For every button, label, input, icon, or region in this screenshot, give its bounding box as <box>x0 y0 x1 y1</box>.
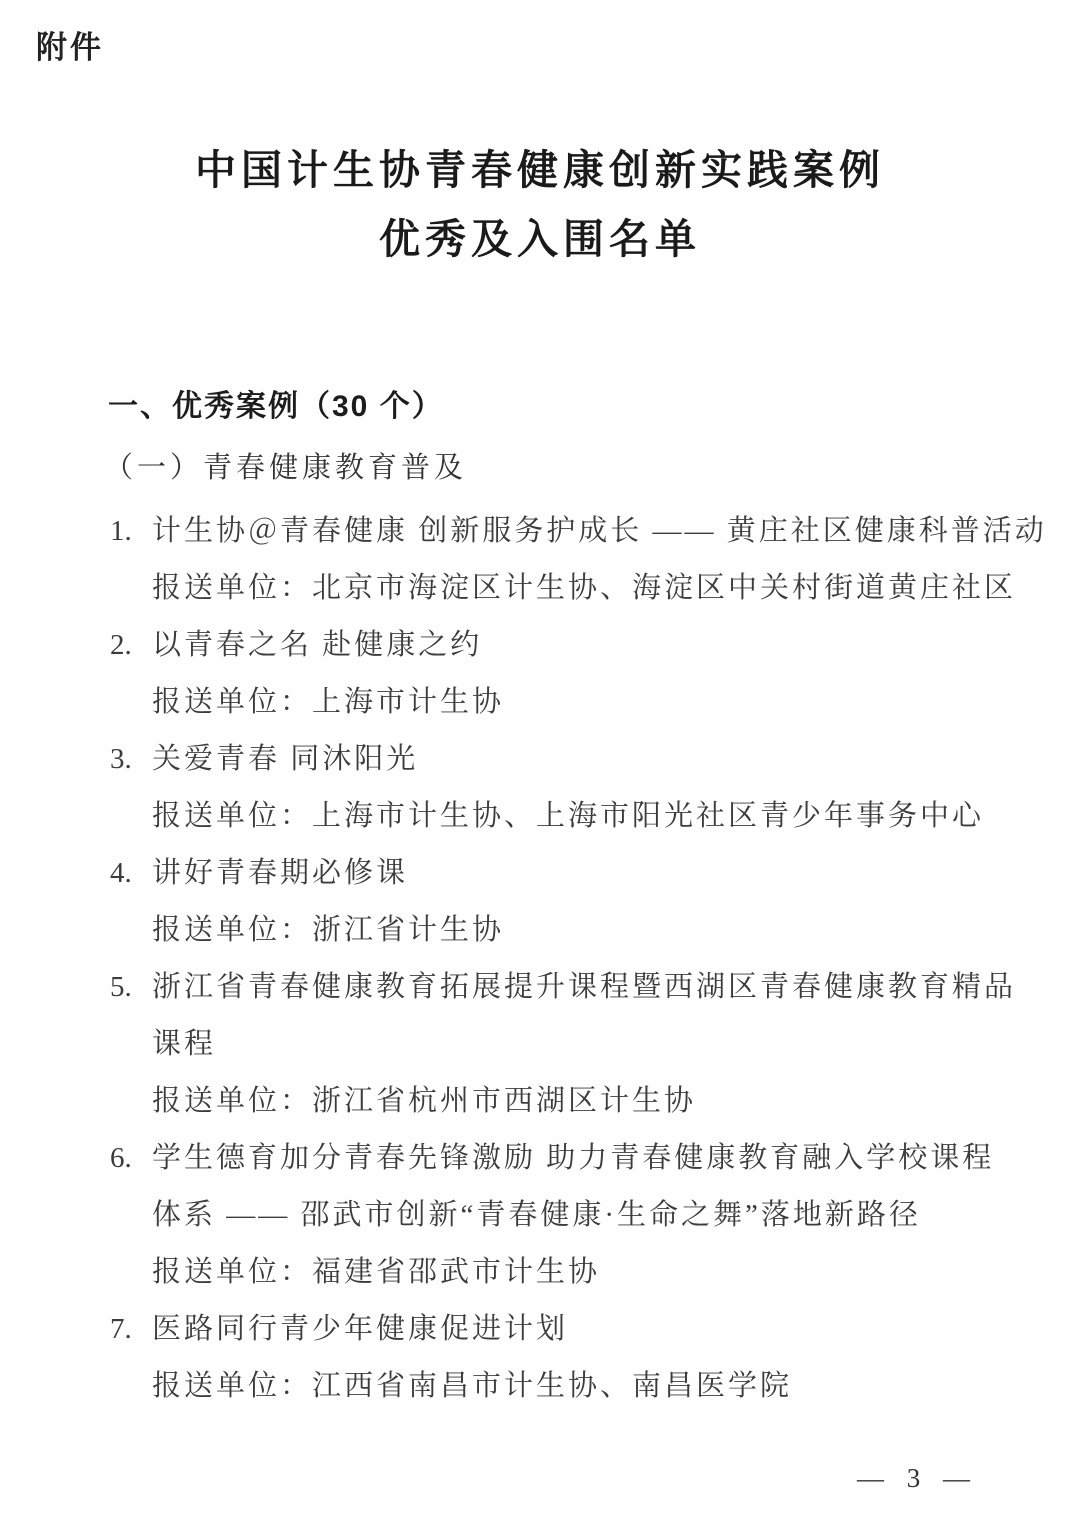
case-item: 5.浙江省青春健康教育拓展提升课程暨西湖区青春健康教育精品 课程 报送单位：浙江… <box>110 959 1040 1130</box>
document-title-line1: 中国计生协青春健康创新实践案例 <box>0 136 1080 205</box>
case-title-continuation: 课程 <box>110 1016 1040 1073</box>
case-number: 7. <box>110 1301 152 1358</box>
case-title: 医路同行青少年健康促进计划 <box>152 1313 568 1345</box>
case-title: 学生德育加分青春先锋激励 助力青春健康教育融入学校课程 <box>152 1142 994 1174</box>
case-unit-line: 报送单位：浙江省杭州市西湖区计生协 <box>110 1073 1040 1130</box>
case-unit-line: 报送单位：上海市计生协 <box>110 674 1040 731</box>
case-number: 6. <box>110 1130 152 1187</box>
case-unit-line: 报送单位：上海市计生协、上海市阳光社区青少年事务中心 <box>110 788 1040 845</box>
case-number: 2. <box>110 617 152 674</box>
case-item: 6.学生德育加分青春先锋激励 助力青春健康教育融入学校课程 体系 —— 邵武市创… <box>110 1130 1040 1301</box>
case-unit-line: 报送单位：福建省邵武市计生协 <box>110 1244 1040 1301</box>
case-title-line: 1.计生协＠青春健康 创新服务护成长 —— 黄庄社区健康科普活动 <box>110 503 1040 560</box>
case-title-continuation: 体系 —— 邵武市创新“青春健康·生命之舞”落地新路径 <box>110 1187 1040 1244</box>
case-item: 4.讲好青春期必修课 报送单位：浙江省计生协 <box>110 845 1040 959</box>
case-title: 浙江省青春健康教育拓展提升课程暨西湖区青春健康教育精品 <box>152 971 1016 1003</box>
case-unit-line: 报送单位：北京市海淀区计生协、海淀区中关村街道黄庄社区 <box>110 560 1040 617</box>
case-title-line: 7.医路同行青少年健康促进计划 <box>110 1301 1040 1358</box>
document-page: { "doc": { "attachment_label": "附件", "ti… <box>0 0 1080 1526</box>
subsection-heading: （一）青春健康教育普及 <box>104 445 467 486</box>
case-item: 7.医路同行青少年健康促进计划 报送单位：江西省南昌市计生协、南昌医学院 <box>110 1301 1040 1415</box>
case-list: 1.计生协＠青春健康 创新服务护成长 —— 黄庄社区健康科普活动 报送单位：北京… <box>110 503 1040 1415</box>
page-number: — 3 — <box>857 1463 978 1494</box>
case-title-line: 2.以青春之名 赴健康之约 <box>110 617 1040 674</box>
attachment-label: 附件 <box>36 22 104 67</box>
document-title: 中国计生协青春健康创新实践案例 优秀及入围名单 <box>0 136 1080 274</box>
case-item: 1.计生协＠青春健康 创新服务护成长 —— 黄庄社区健康科普活动 报送单位：北京… <box>110 503 1040 617</box>
case-title-line: 5.浙江省青春健康教育拓展提升课程暨西湖区青春健康教育精品 <box>110 959 1040 1016</box>
case-number: 4. <box>110 845 152 902</box>
case-title: 关爱青春 同沐阳光 <box>152 743 418 775</box>
section-heading: 一、优秀案例（30 个） <box>108 381 444 425</box>
case-item: 3.关爱青春 同沐阳光 报送单位：上海市计生协、上海市阳光社区青少年事务中心 <box>110 731 1040 845</box>
case-title: 计生协＠青春健康 创新服务护成长 —— 黄庄社区健康科普活动 <box>152 515 1047 547</box>
case-title: 讲好青春期必修课 <box>152 857 408 889</box>
case-title: 以青春之名 赴健康之约 <box>152 629 482 661</box>
case-number: 1. <box>110 503 152 560</box>
case-unit-line: 报送单位：江西省南昌市计生协、南昌医学院 <box>110 1358 1040 1415</box>
case-unit-line: 报送单位：浙江省计生协 <box>110 902 1040 959</box>
case-title-line: 4.讲好青春期必修课 <box>110 845 1040 902</box>
document-title-line2: 优秀及入围名单 <box>0 205 1080 274</box>
case-number: 5. <box>110 959 152 1016</box>
case-item: 2.以青春之名 赴健康之约 报送单位：上海市计生协 <box>110 617 1040 731</box>
case-number: 3. <box>110 731 152 788</box>
case-title-line: 6.学生德育加分青春先锋激励 助力青春健康教育融入学校课程 <box>110 1130 1040 1187</box>
case-title-line: 3.关爱青春 同沐阳光 <box>110 731 1040 788</box>
